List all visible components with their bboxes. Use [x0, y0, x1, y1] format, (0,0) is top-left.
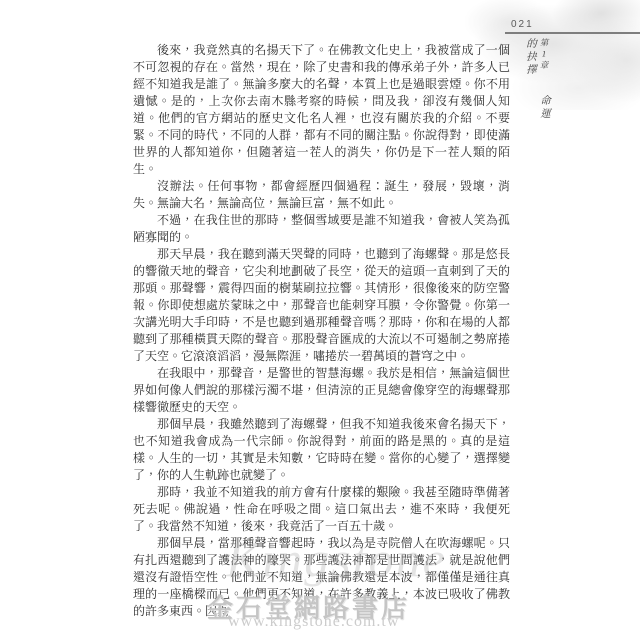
- paragraph: 那天早晨，我在聽到滿天哭聲的同時，也聽到了海螺聲。那是悠長的響徹天地的聲音，它尖…: [133, 246, 510, 365]
- book-page: 021 第1章 命運的抉擇 後來，我竟然真的名揚天下了。在佛教文化史上，我被當成…: [0, 0, 640, 640]
- chapter-label: 第1章: [539, 38, 549, 71]
- paragraph: 後來，我竟然真的名揚天下了。在佛教文化史上，我被當成了一個不可忽視的存在。當然，…: [133, 42, 510, 178]
- paragraph: 不過，在我住世的那時，整個雪域要是誰不知道我，會被人笑為孤陋寡聞的。: [133, 212, 510, 246]
- paragraph: 那個早晨，我雖然聽到了海螺聲，但我不知道我後來會名揚天下，也不知道我會成為一代宗…: [133, 416, 510, 484]
- text-block: 後來，我竟然真的名揚天下了。在佛教文化史上，我被當成了一個不可忽視的存在。當然，…: [133, 42, 510, 620]
- page-number: 021: [511, 19, 534, 30]
- paragraph: 在我眼中，那聲音，是警世的智慧海螺。我於是相信，無論這個世界如何像人們說的那樣污…: [133, 365, 510, 416]
- header-rule: [505, 32, 640, 34]
- kingstone-url-watermark: www.kingstone.com.tw: [228, 613, 399, 631]
- chapter-heading: 第1章 命運的抉擇: [523, 38, 551, 133]
- paragraph: 沒辦法。任何事物，都會經歷四個過程：誕生，發展，毀壞，消失。無論大名，無論高位，…: [133, 178, 510, 212]
- paragraph: 那時，我並不知道我的前方會有什麼樣的艱險。我甚至隨時準備著死去呢。佛說過，性命在…: [133, 484, 510, 535]
